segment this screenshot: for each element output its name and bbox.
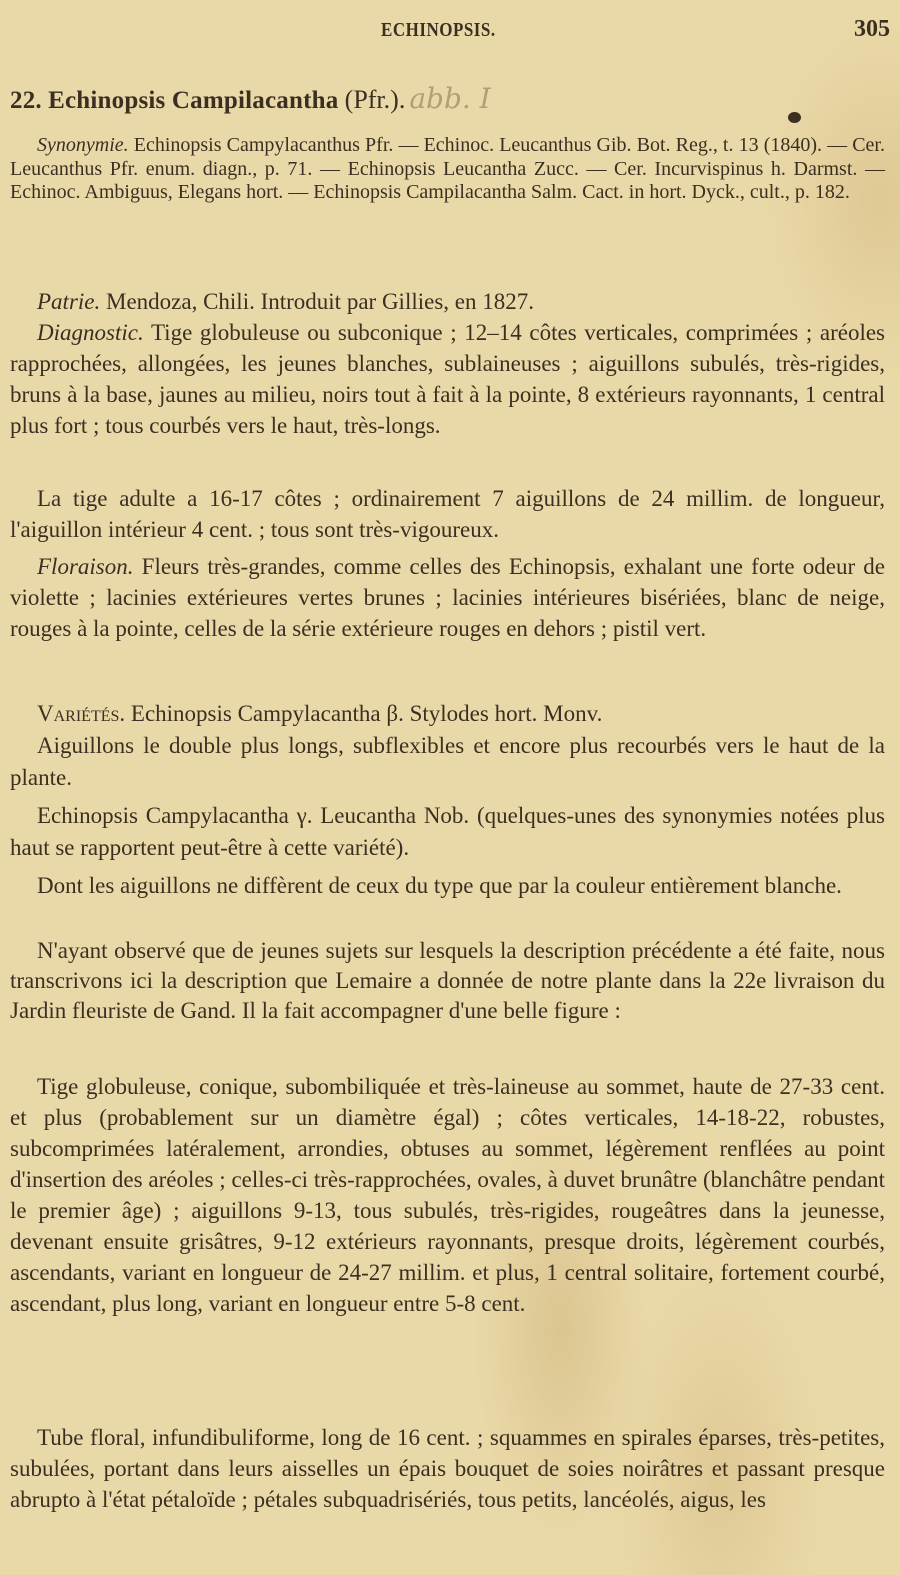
lemaire-intro: N'ayant observé que de jeunes sujets sur… [10,936,885,1026]
floraison-label: Floraison. [37,554,133,579]
variety-beta-heading: Echinopsis Campylacantha β. Stylodes hor… [131,701,602,726]
synonymie-section: Synonymie. Echinopsis Campylacanthus Pfr… [10,134,885,205]
species-heading: 22. Echinopsis Campilacantha (Pfr.).abb.… [10,82,491,115]
lemaire-tige: Tige globuleuse, conique, subombiliquée … [10,1071,885,1319]
variety-beta-text: Aiguillons le double plus longs, subflex… [10,730,885,794]
adult-floraison-section: La tige adulte a 16-17 côtes ; ordinaire… [10,483,885,644]
lemaire-intro-section: N'ayant observé que de jeunes sujets sur… [10,936,885,1026]
lemaire-tige-section: Tige globuleuse, conique, subombiliquée … [10,1071,885,1319]
lemaire-tube: Tube floral, infundibuliforme, long de 1… [10,1422,885,1515]
patrie-text: Mendoza, Chili. Introduit par Gillies, e… [106,289,534,314]
adult-paragraph: La tige adulte a 16-17 côtes ; ordinaire… [10,483,885,545]
running-title: ECHINOPSIS. [381,19,496,42]
species-name: Echinopsis Campilacantha [48,87,338,114]
handwritten-note: abb. I [409,82,490,115]
lemaire-tube-section: Tube floral, infundibuliforme, long de 1… [10,1422,885,1515]
patrie-diagnostic-section: Patrie. Mendoza, Chili. Introduit par Gi… [10,286,885,441]
variety-gamma-text: Echinopsis Campylacantha γ. Leucantha No… [10,800,885,864]
species-authority: (Pfr.). [345,85,406,114]
varietes-label: Variétés. [37,701,125,726]
book-page: ECHINOPSIS. 305 22. Echinopsis Campilaca… [0,0,900,1575]
page-number: 305 [854,16,890,43]
patrie-label: Patrie. [37,289,100,314]
synonymie-text: Echinopsis Campylacanthus Pfr. — Echinoc… [10,134,885,203]
floraison-text: Fleurs très-grandes, comme celles des Ec… [10,554,885,641]
varietes-section: Variétés. Echinopsis Campylacantha β. St… [10,698,885,902]
synonymie-label: Synonymie. [37,134,129,156]
variety-gamma-description: Dont les aiguillons ne diffèrent de ceux… [10,870,885,902]
diagnostic-label: Diagnostic. [37,320,144,345]
ink-blot-mark [788,112,801,123]
species-number: 22. [10,87,42,114]
running-head: ECHINOPSIS. 305 [0,14,900,44]
